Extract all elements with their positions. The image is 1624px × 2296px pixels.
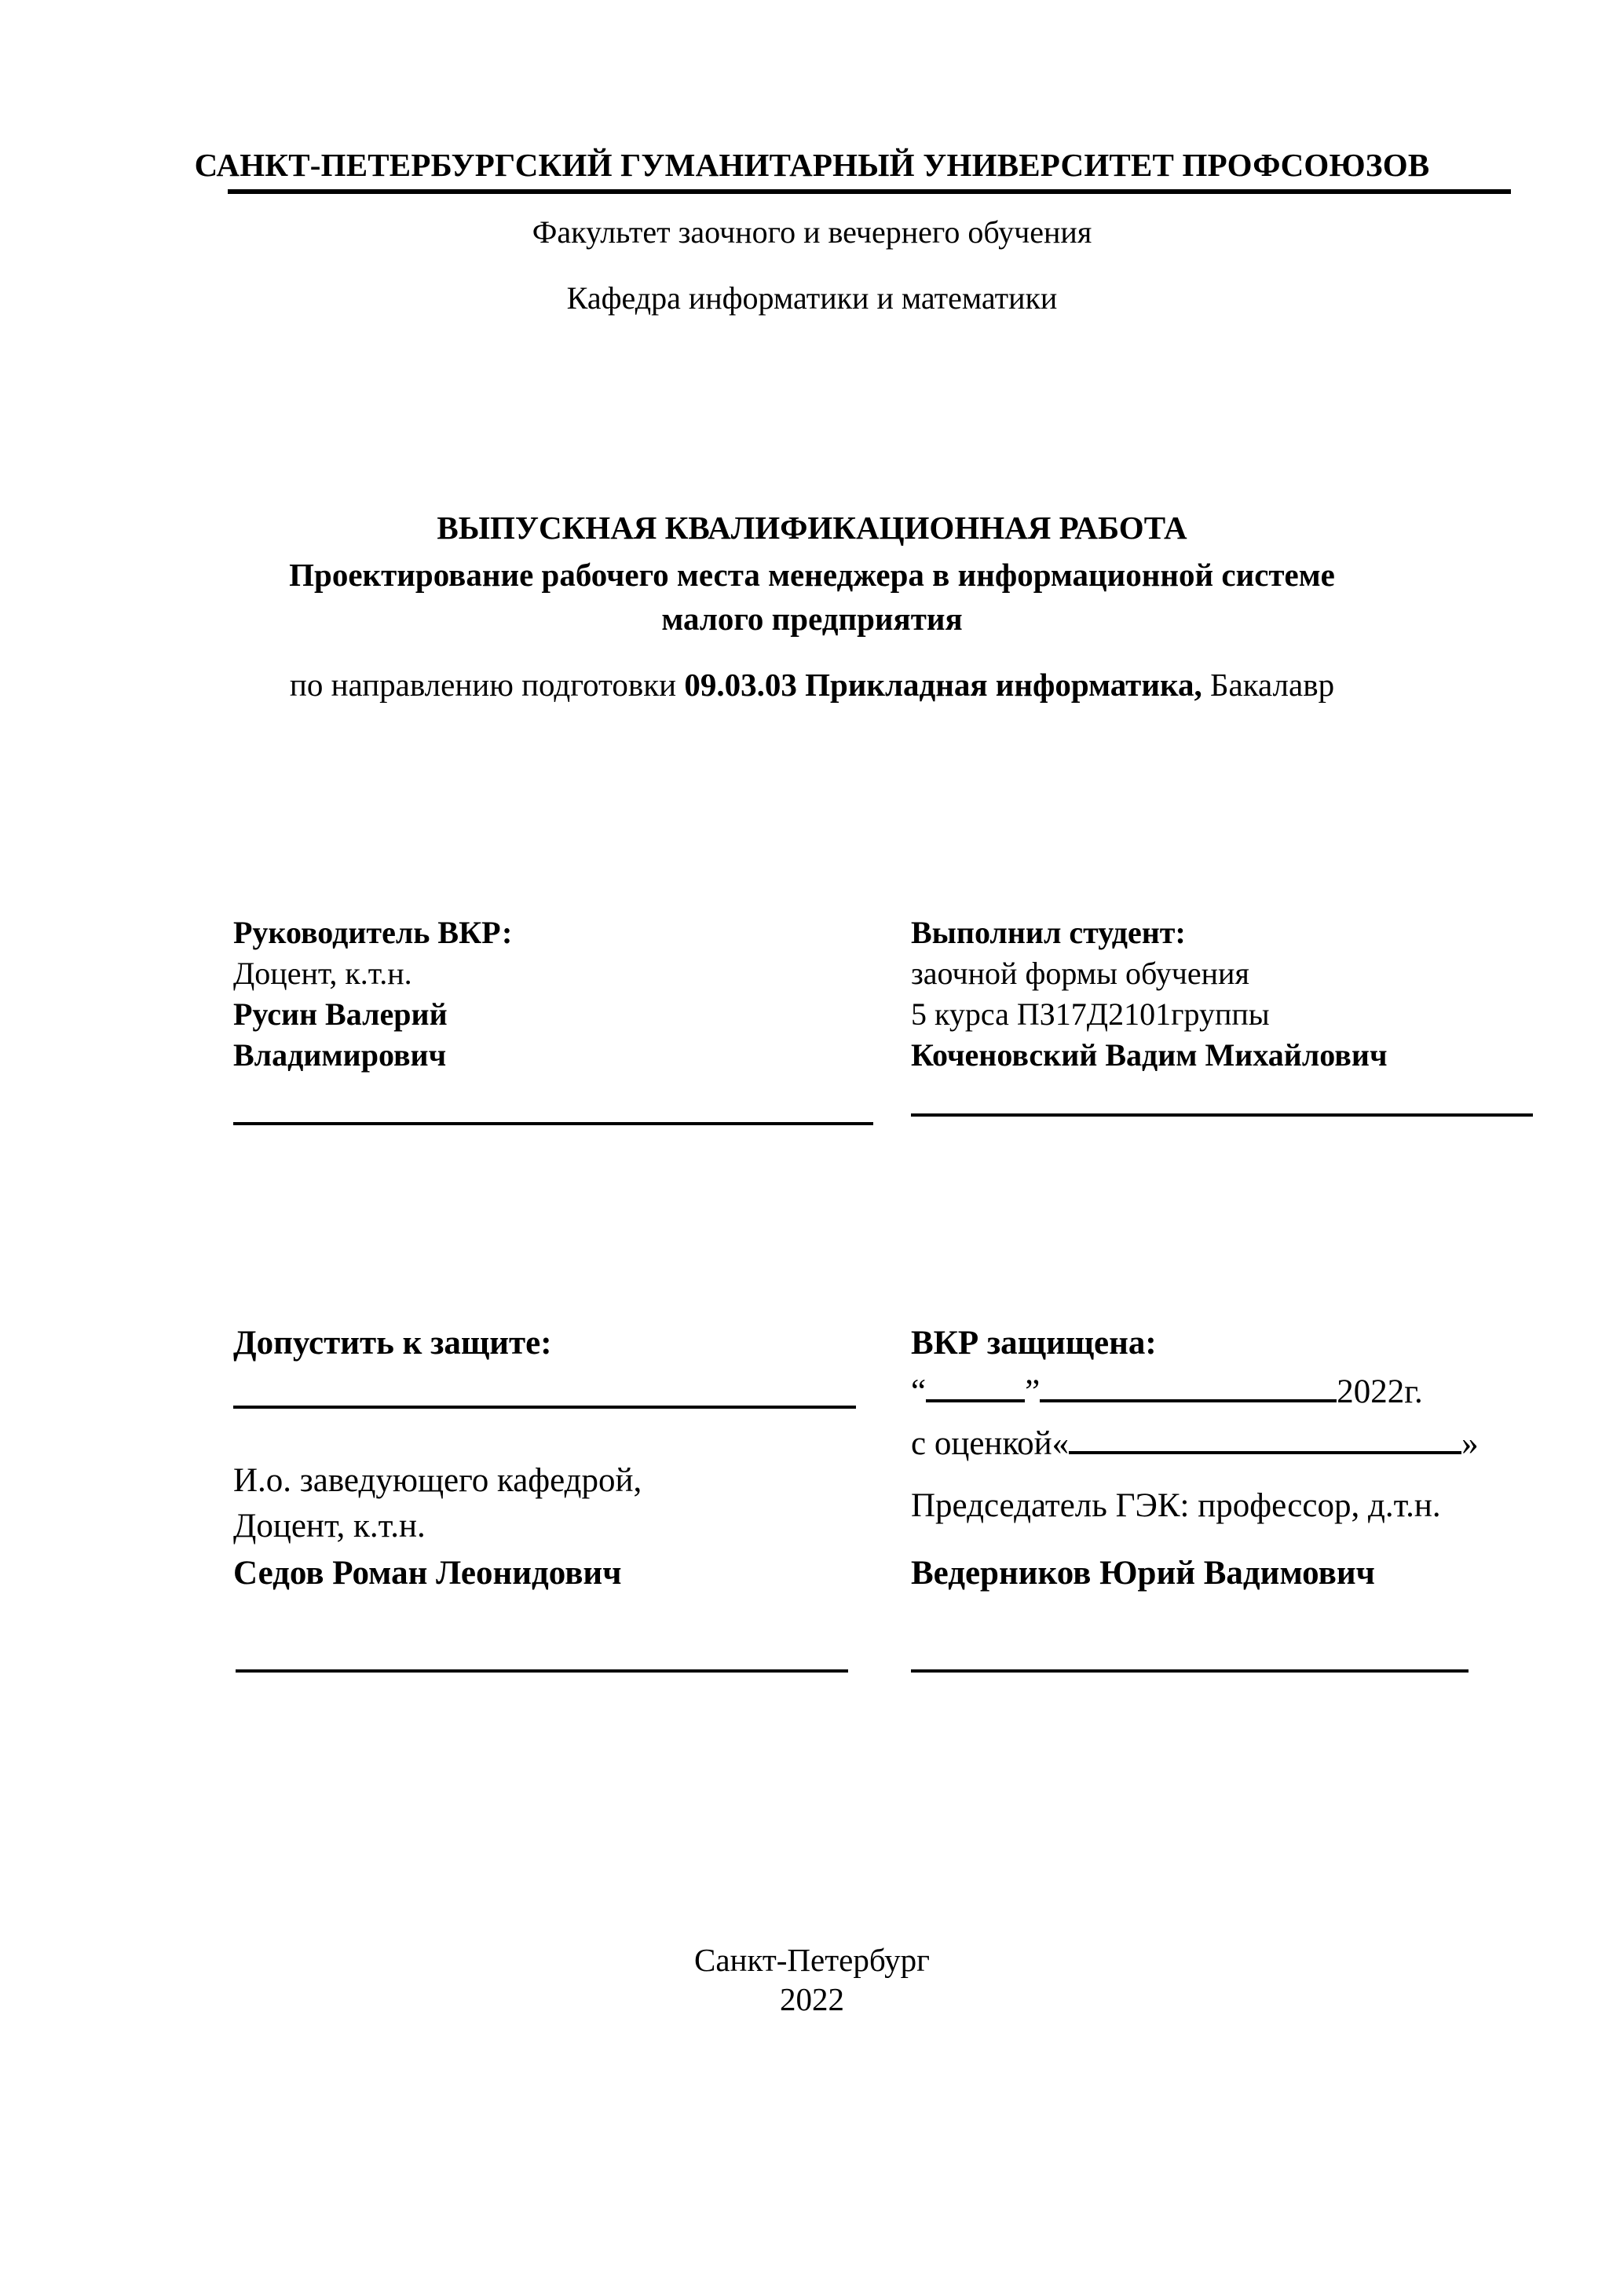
month-blank[interactable]	[1040, 1368, 1337, 1402]
admission-signature-line	[233, 1406, 856, 1409]
admission-name: Седов Роман Леонидович	[233, 1552, 621, 1596]
study-direction: по направлению подготовки 09.03.03 Прикл…	[0, 666, 1624, 704]
committee-chair-signature-line	[911, 1669, 1469, 1673]
student-study-form: заочной формы обучения	[911, 953, 1388, 994]
admission-position: Доцент, к.т.н.	[233, 1504, 426, 1548]
committee-chair-title: Председатель ГЭК: профессор, д.т.н.	[911, 1484, 1441, 1528]
defense-grade-row: с оценкой«»	[911, 1420, 1479, 1466]
student-block: Выполнил студент: заочной формы обучения…	[911, 912, 1388, 1076]
faculty-name: Факультет заочного и вечернего обучения	[0, 214, 1624, 250]
supervisor-heading: Руководитель ВКР:	[233, 912, 512, 953]
student-name: Коченовский Вадим Михайлович	[911, 1035, 1388, 1076]
city: Санкт-Петербург	[0, 1940, 1624, 1980]
admission-role: И.о. заведующего кафедрой,	[233, 1459, 642, 1503]
grade-blank[interactable]	[1069, 1420, 1461, 1454]
year: 2022	[0, 1979, 1624, 2020]
defense-year: 2022г.	[1337, 1373, 1423, 1410]
day-blank[interactable]	[926, 1368, 1025, 1402]
supervisor-name-line1: Русин Валерий	[233, 994, 512, 1035]
supervisor-signature-line	[233, 1122, 873, 1125]
work-title-line2: малого предприятия	[0, 595, 1624, 642]
date-open-quote: “	[911, 1373, 926, 1410]
date-close-quote: ”	[1025, 1373, 1040, 1410]
admission-head-signature-line	[236, 1669, 848, 1673]
degree: Бакалавр	[1202, 667, 1334, 703]
university-name: САНКТ-ПЕТЕРБУРГСКИЙ ГУМАНИТАРНЫЙ УНИВЕРС…	[0, 146, 1624, 184]
grade-label: с оценкой«	[911, 1425, 1069, 1462]
direction-code-name: 09.03.03 Прикладная информатика,	[684, 667, 1202, 703]
work-title-line1: Проектирование рабочего места менеджера …	[0, 551, 1624, 598]
department-name: Кафедра информатики и математики	[0, 280, 1624, 316]
supervisor-position: Доцент, к.т.н.	[233, 953, 512, 994]
student-course-group: 5 курса ПЗ17Д2101группы	[911, 994, 1388, 1035]
direction-prefix: по направлению подготовки	[290, 667, 684, 703]
defense-date-row: “”2022г.	[911, 1368, 1423, 1414]
student-heading: Выполнил студент:	[911, 912, 1388, 953]
grade-close: »	[1461, 1425, 1479, 1462]
supervisor-block: Руководитель ВКР: Доцент, к.т.н. Русин В…	[233, 912, 512, 1076]
committee-chair-name: Ведерников Юрий Вадимович	[911, 1552, 1375, 1596]
header-rule	[228, 189, 1511, 194]
defense-heading: ВКР защищена:	[911, 1324, 1157, 1362]
work-type: ВЫПУСКНАЯ КВАЛИФИКАЦИОННАЯ РАБОТА	[0, 504, 1624, 551]
admission-heading: Допустить к защите:	[233, 1324, 552, 1362]
student-signature-line	[911, 1113, 1533, 1117]
supervisor-name-line2: Владимирович	[233, 1035, 512, 1076]
